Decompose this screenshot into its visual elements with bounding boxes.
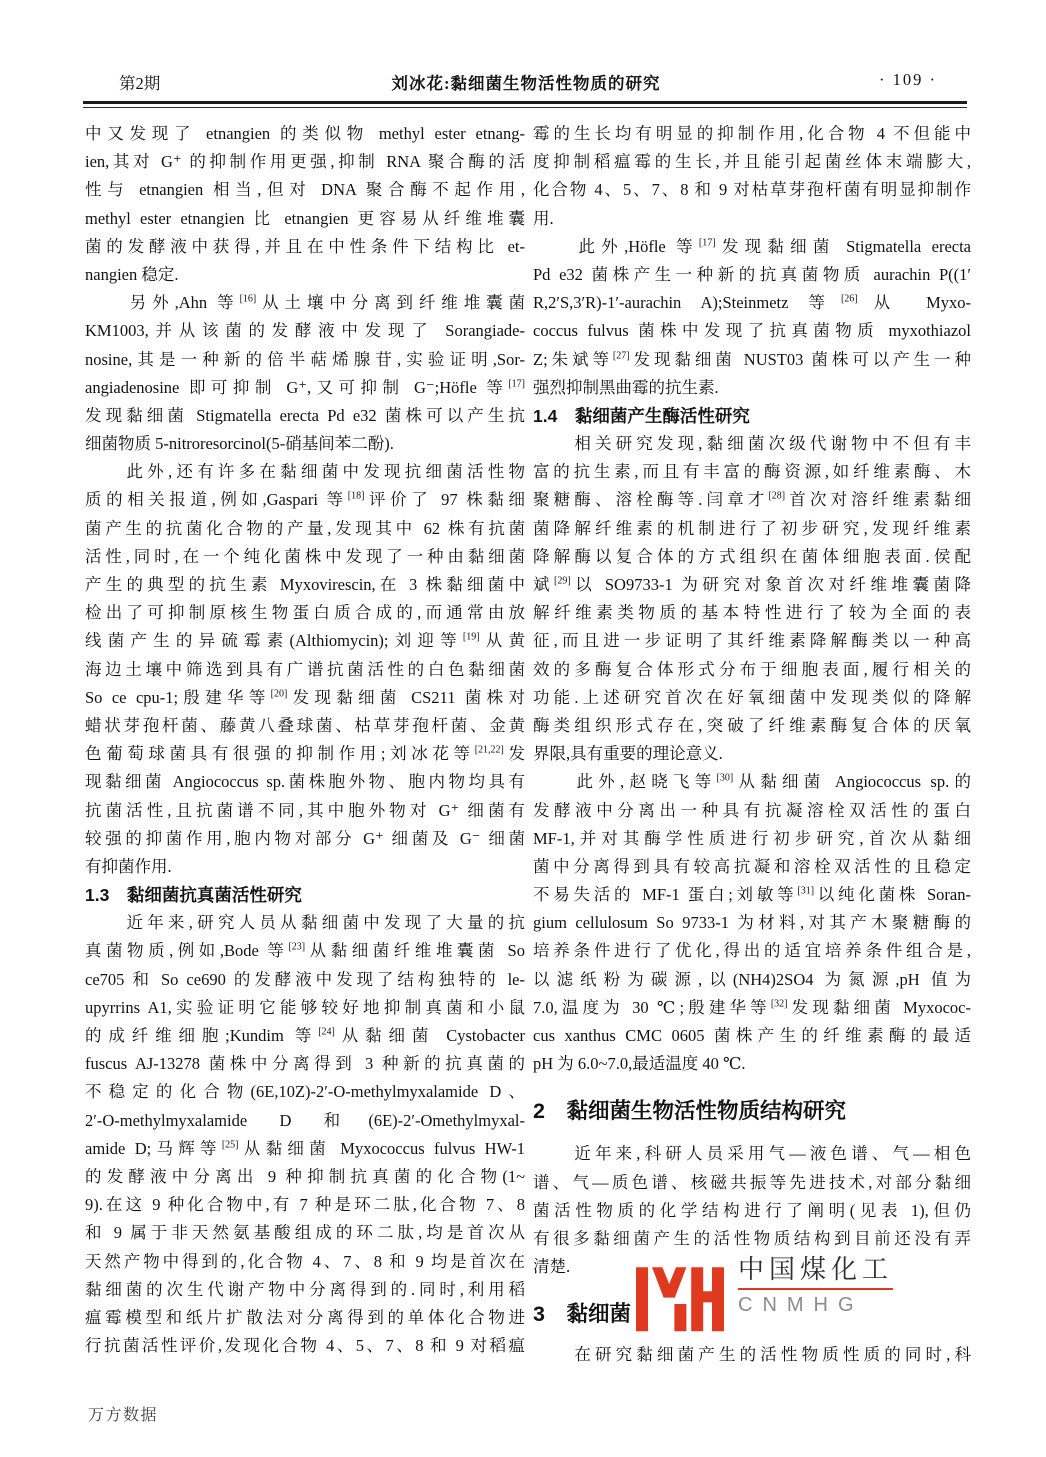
paragraph-mf1-protein: 此外,赵晓飞等[30]从黏细菌 Angiococcus sp.的发酵液中分离出一… xyxy=(533,768,971,1078)
paragraph-etnangien: 中又发现了 etnangien 的类似物 methyl ester etnang… xyxy=(85,120,525,289)
watermark-en-label: CNMHG xyxy=(738,1294,893,1317)
running-title: 刘冰花:黏细菌生物活性物质的研究 xyxy=(392,70,661,94)
section-heading-2: 2 黏细菌生物活性物质结构研究 xyxy=(533,1092,971,1130)
right-column: 霉的生长均有明显的抑制作用,化合物 4 不但能中度抑制稻瘟霉的生长,并且能引起菌… xyxy=(533,120,971,1370)
issue-label: 第2期 xyxy=(119,70,160,94)
section-heading-3-left: 3 黏细菌 xyxy=(533,1295,631,1333)
paragraph-antibacterial-reports: 此外,还有许多在黏细菌中发现抗细菌活性物质的相关报道,例如,Gaspari 等[… xyxy=(85,458,525,881)
paragraph-aurachin: 此外,Höfle 等[17]发现黏细菌 Stigmatella erectaPd… xyxy=(533,233,971,402)
section-heading-1-3: 1.3 黏细菌抗真菌活性研究 xyxy=(85,881,525,909)
page-header: 第2期 刘冰花:黏细菌生物活性物质的研究 · 109 · xyxy=(85,70,967,94)
paragraph-rice-blast: 霉的生长均有明显的抑制作用,化合物 4 不但能中度抑制稻瘟霉的生长,并且能引起菌… xyxy=(533,120,971,233)
page-number: · 109 · xyxy=(879,70,937,90)
watermark-cn-label: 中国煤化工 xyxy=(738,1254,893,1290)
section-heading-1-4: 1.4 黏细菌产生酶活性研究 xyxy=(533,402,971,430)
left-column: 中又发现了 etnangien 的类似物 methyl ester etnang… xyxy=(85,120,525,1360)
wanfang-data-label: 万方数据 xyxy=(88,1402,158,1425)
coal-chem-logo-icon xyxy=(636,1260,724,1337)
paragraph-enzyme-research: 相关研究发现,黏细菌次级代谢物中不但有丰富的抗生素,而且有丰富的酶资源,如纤维素… xyxy=(533,430,971,768)
header-rule xyxy=(83,101,967,108)
paragraph-antifungal: 近年来,研究人员从黏细菌中发现了大量的抗真菌物质,例如,Bode 等[23]从黏… xyxy=(85,909,525,1360)
watermark-text: 中国煤化工 CNMHG xyxy=(738,1254,893,1317)
watermark: 中国煤化工 CNMHG xyxy=(636,1254,966,1346)
paragraph-sorangiadenosine: 另外,Ahn 等[16]从土壤中分离到纤维堆囊菌KM1003,并从该菌的发酵液中… xyxy=(85,289,525,458)
